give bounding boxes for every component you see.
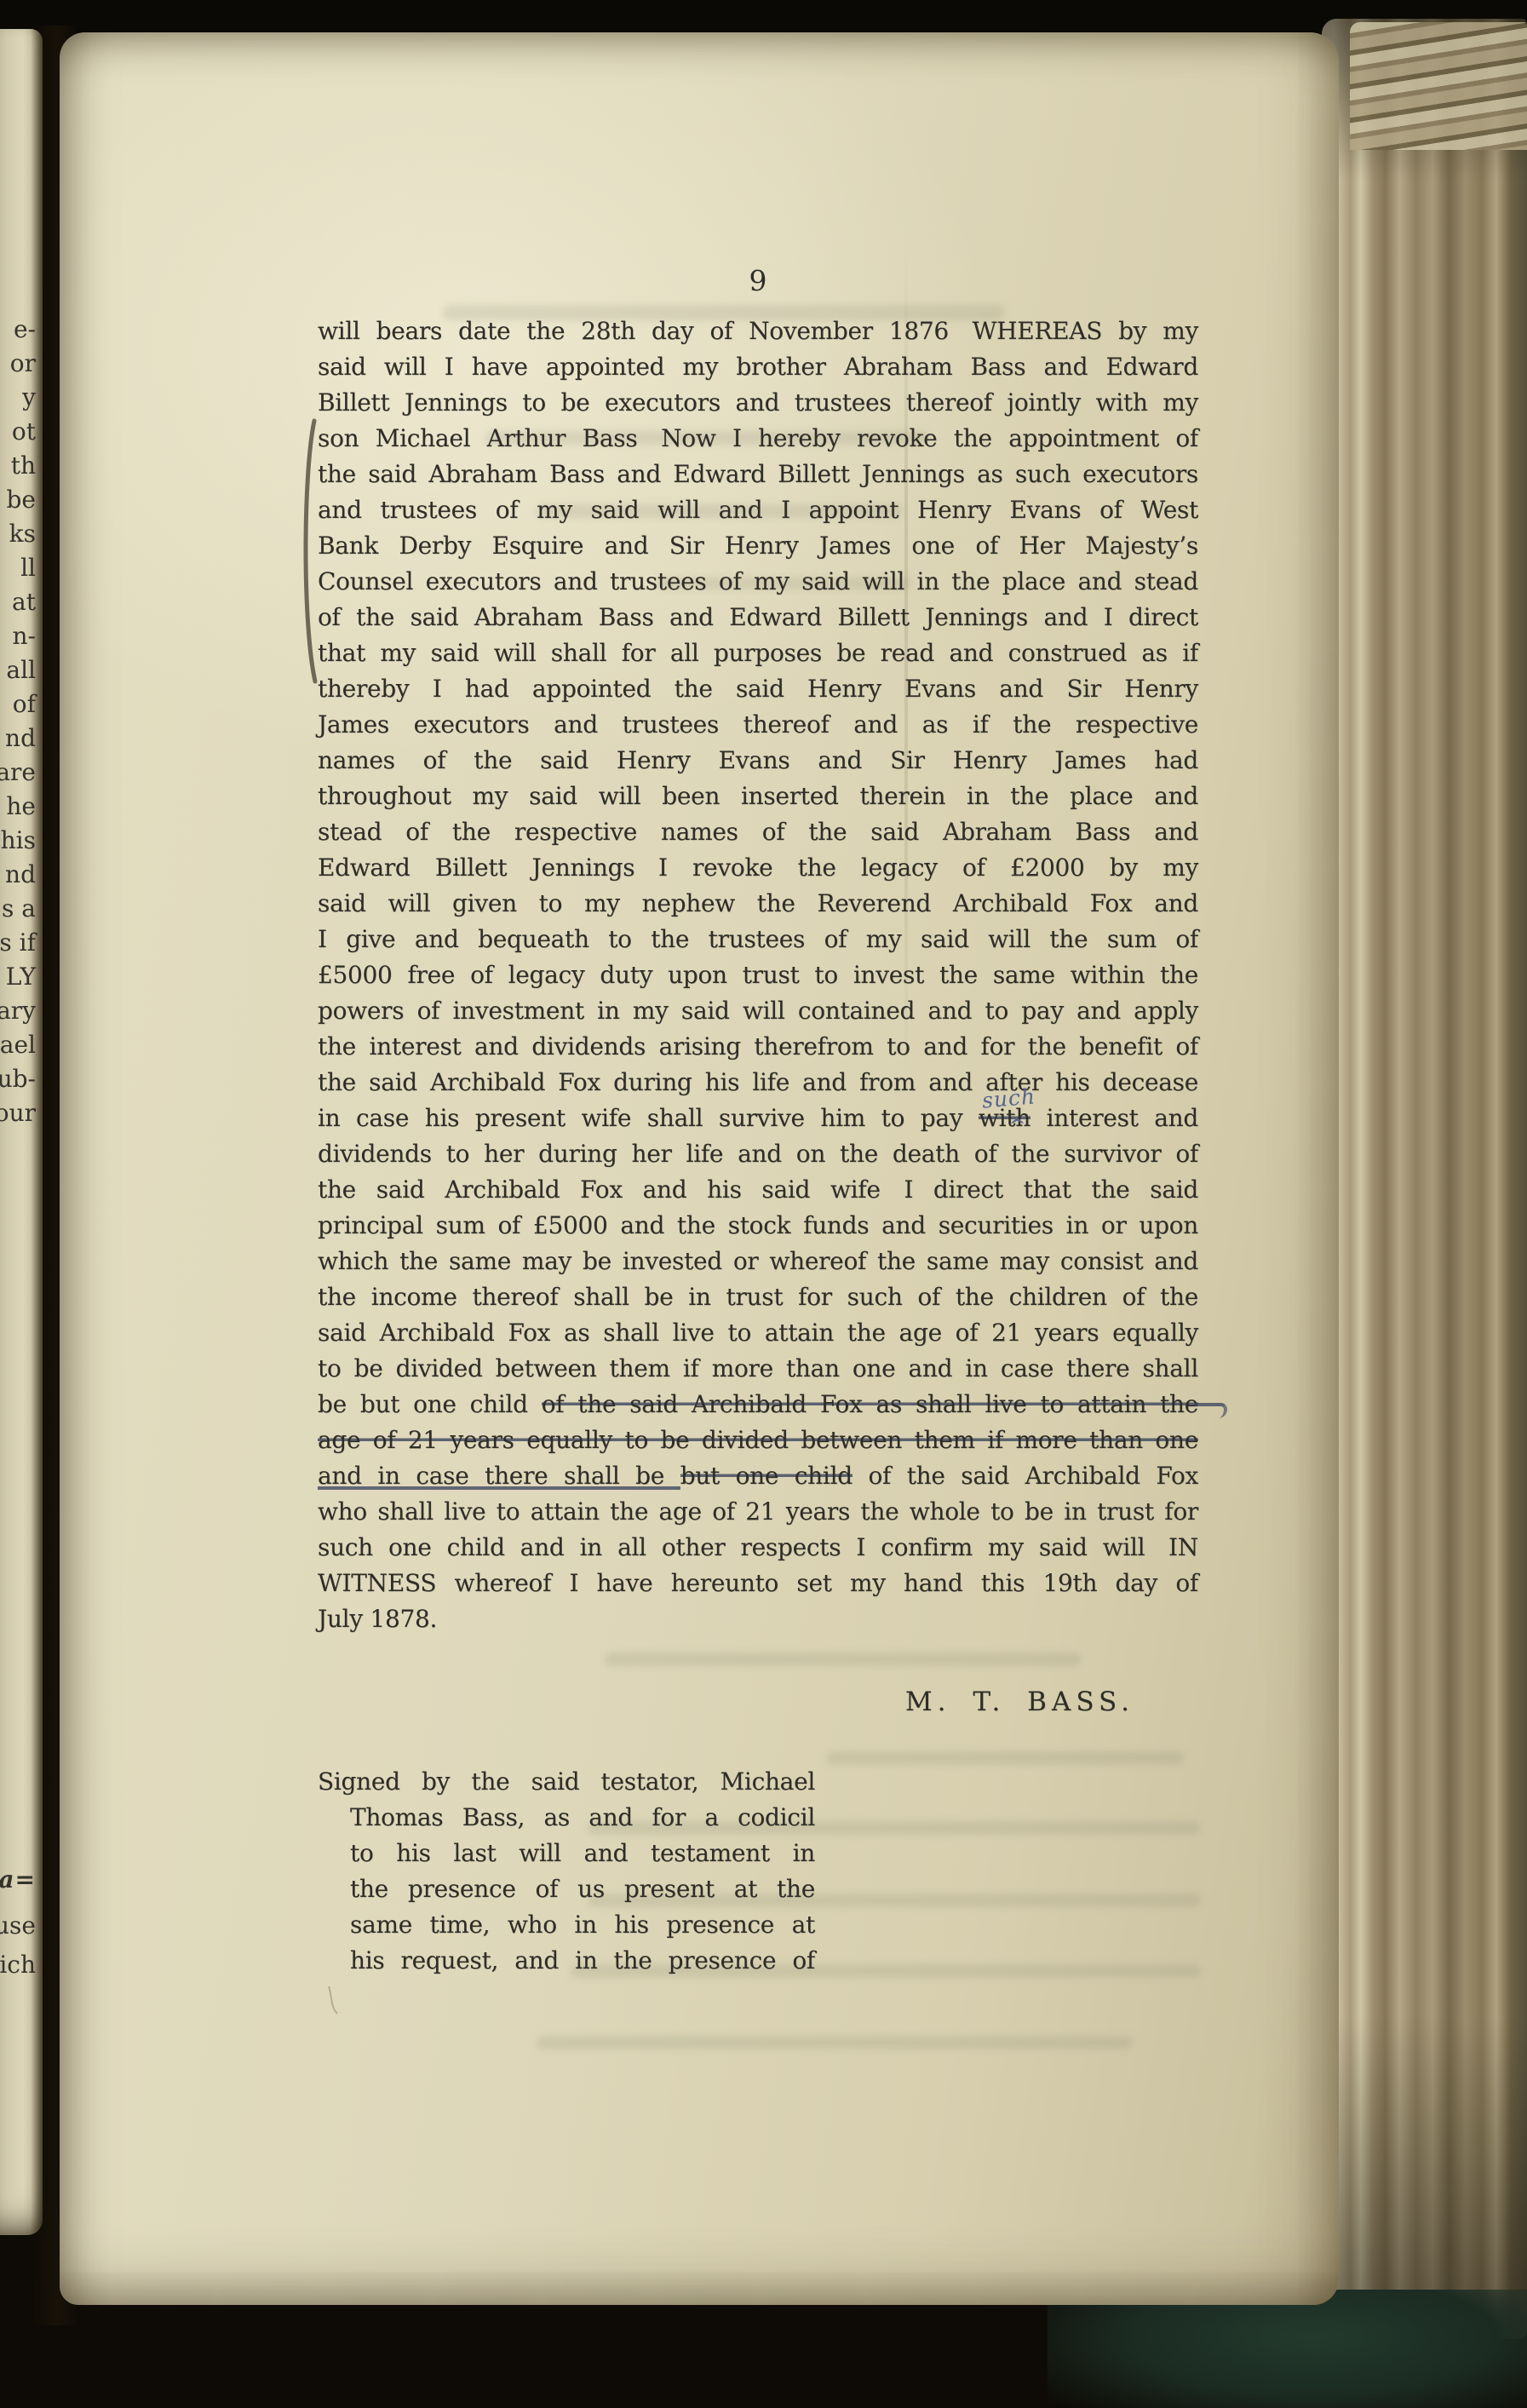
- body-text-line: that my said will shall for all purposes…: [318, 635, 1198, 671]
- body-text-line: who shall live to attain the age of 21 y…: [318, 1494, 1198, 1530]
- body-text: will bears date the 28th day of November…: [318, 313, 1198, 1637]
- body-text-line: the said Abraham Bass and Edward Billett…: [318, 457, 1198, 492]
- witness-line: Signed by the said testator, Michael: [318, 1764, 815, 1800]
- body-text-line: will bears date the 28th day of November…: [318, 313, 1198, 349]
- body-text-line: £5000 free of legacy duty upon trust to …: [318, 957, 1198, 993]
- body-text-line: the said Archibald Fox during his life a…: [318, 1065, 1198, 1101]
- witness-attestation: Signed by the said testator, MichaelThom…: [318, 1764, 815, 1979]
- body-text-line: said Archibald Fox as shall live to atta…: [318, 1315, 1198, 1351]
- book-cover-cloth: [1048, 2290, 1527, 2408]
- body-text-line: throughout my said will been inserted th…: [318, 779, 1198, 814]
- witness-line: the presence of us present at the: [318, 1871, 815, 1907]
- witness-line: his request, and in the presence of: [318, 1943, 815, 1979]
- body-text-line: thereby I had appointed the said Henry E…: [318, 671, 1198, 707]
- body-text-line: Edward Billett Jennings I revoke the leg…: [318, 850, 1198, 886]
- signature: M. T. BASS.: [905, 1687, 1134, 1717]
- body-text-line: such one child and in all other respects…: [318, 1530, 1198, 1566]
- body-text-line: the said Archibald Fox and his said wife…: [318, 1172, 1198, 1208]
- body-text-line: said will given to my nephew the Reveren…: [318, 886, 1198, 922]
- body-text-line: the income thereof shall be in trust for…: [318, 1279, 1198, 1315]
- body-text-line: WITNESS whereof I have hereunto set my h…: [318, 1566, 1198, 1601]
- body-text-line: and trustees of my said will and I appoi…: [318, 492, 1198, 528]
- body-text-line: in case his present wife shall survive h…: [318, 1101, 1198, 1136]
- witness-line: to his last will and testament in: [318, 1836, 815, 1871]
- body-text-line: said will I have appointed my brother Ab…: [318, 349, 1198, 385]
- body-text-line: Billett Jennings to be executors and tru…: [318, 385, 1198, 421]
- body-text-line: to be divided between them if more than …: [318, 1351, 1198, 1387]
- body-text-line: the interest and dividends arising there…: [318, 1029, 1198, 1065]
- body-text-line: James executors and trustees thereof and…: [318, 707, 1198, 743]
- body-text-line: July 1878.: [318, 1601, 1198, 1637]
- body-text-line: Bank Derby Esquire and Sir Henry James o…: [318, 528, 1198, 564]
- scanned-book-page: e-oryotthbeksllatn-allofndarehehisnds as…: [0, 0, 1527, 2408]
- page-stack-top-curl: [1350, 22, 1527, 150]
- page: 9 will bears date the 28th day of Novemb…: [60, 32, 1339, 2305]
- body-text-line: stead of the respective names of the sai…: [318, 814, 1198, 850]
- insertion-caret: ^: [1008, 1111, 1025, 1140]
- body-text-line: be but one child of the said Archibald F…: [318, 1387, 1198, 1422]
- body-text-line: names of the said Henry Evans and Sir He…: [318, 743, 1198, 779]
- margin-bracket-mark: [300, 417, 319, 687]
- body-text-line: of the said Abraham Bass and Edward Bill…: [318, 600, 1198, 635]
- show-through-text: [604, 1652, 1082, 1666]
- witness-line: same time, who in his presence at: [318, 1907, 815, 1943]
- body-text-line: age of 21 years equally to be divided be…: [318, 1422, 1198, 1458]
- body-text-line: dividends to her during her life and on …: [318, 1136, 1198, 1172]
- body-text-line: powers of investment in my said will con…: [318, 993, 1198, 1029]
- stray-pencil-mark: [324, 1983, 349, 2017]
- body-text-line: principal sum of £5000 and the stock fun…: [318, 1208, 1198, 1244]
- page-stack-edges: [1322, 19, 1527, 2339]
- body-text-line: Counsel executors and trustees of my sai…: [318, 564, 1198, 600]
- witness-line: Thomas Bass, as and for a codicil: [318, 1800, 815, 1836]
- show-through-text: [825, 1751, 1184, 1765]
- page-number: 9: [319, 264, 1197, 297]
- body-text-line: and in case there shall be but one child…: [318, 1458, 1198, 1494]
- body-text-line: son Michael Arthur Bass Now I hereby rev…: [318, 421, 1198, 457]
- show-through-text: [536, 2036, 1133, 2049]
- body-text-line: I give and bequeath to the trustees of m…: [318, 922, 1198, 957]
- body-text-line: which the same may be invested or whereo…: [318, 1244, 1198, 1279]
